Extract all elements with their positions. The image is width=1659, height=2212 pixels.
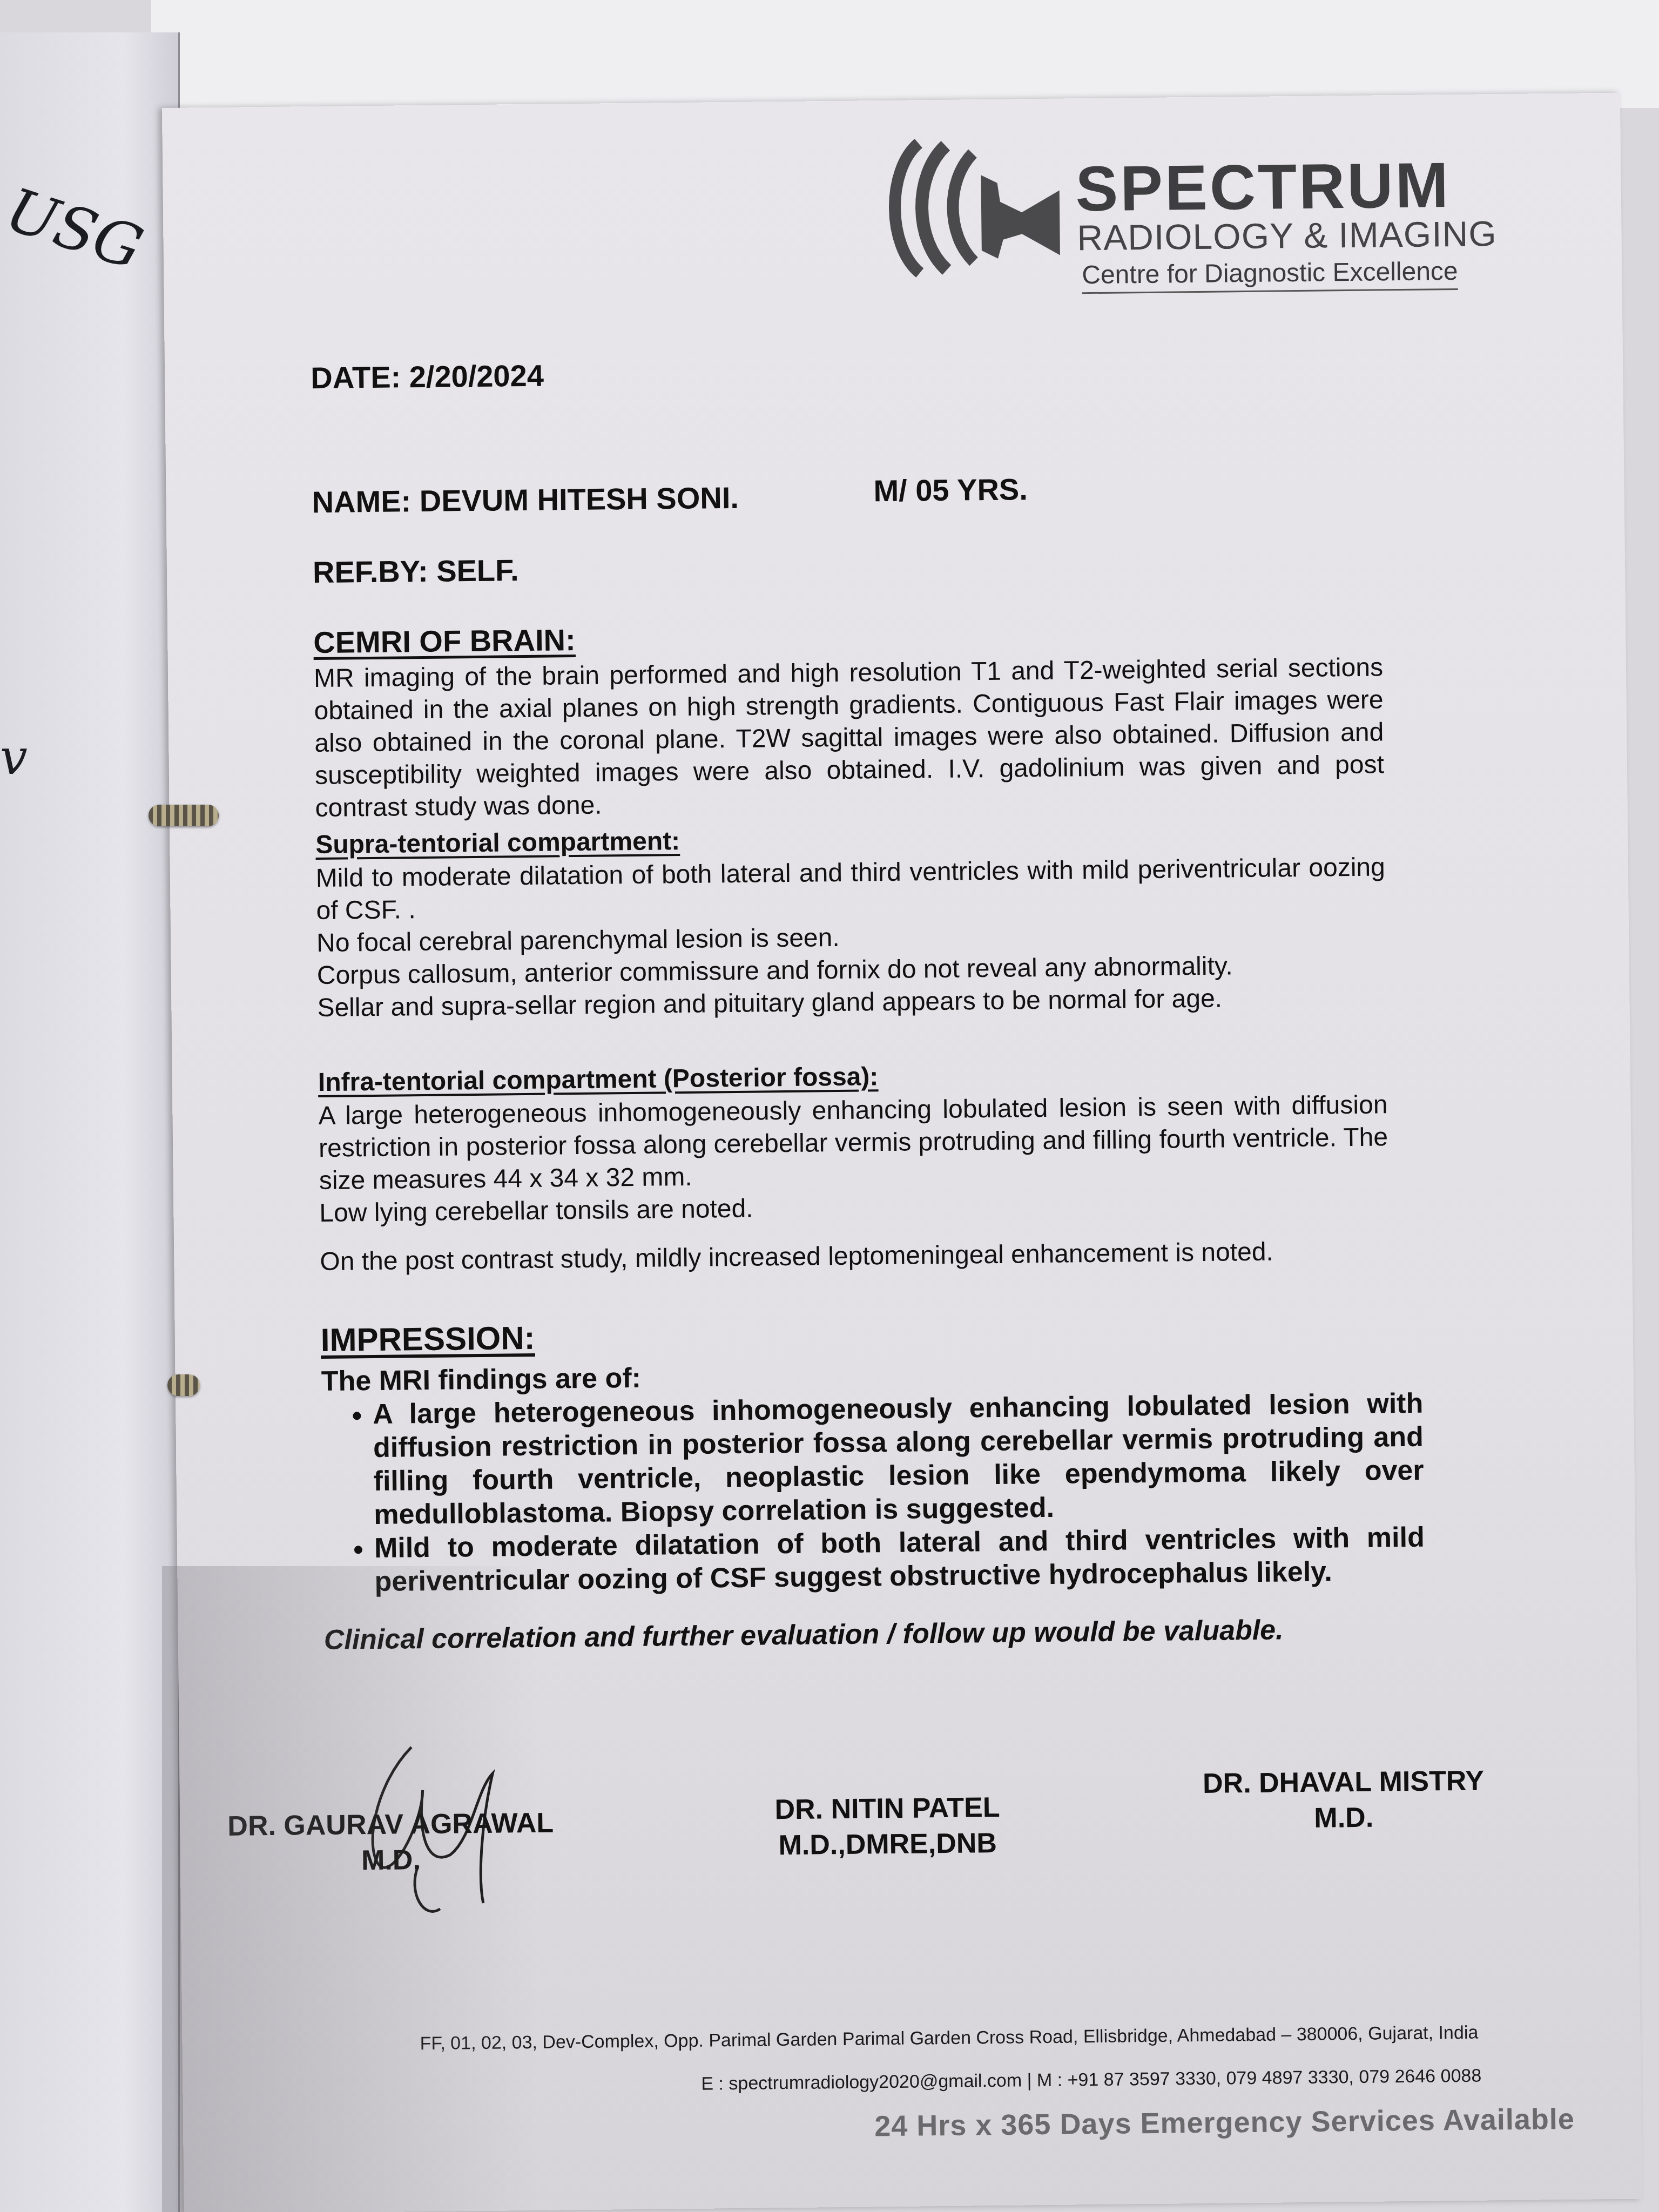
handwritten-note: USG <box>0 175 151 284</box>
impression-item: A large heterogeneous inhomogeneously en… <box>373 1387 1424 1532</box>
footer-address: FF, 01, 02, 03, Dev-Complex, Opp. Parima… <box>420 2022 1478 2055</box>
impression-list: A large heterogeneous inhomogeneously en… <box>321 1387 1425 1599</box>
report-date: DATE: 2/20/2024 <box>311 358 544 396</box>
handwritten-mark: v <box>0 729 28 786</box>
impression-item: Mild to moderate dilatation of both late… <box>374 1521 1425 1599</box>
report-page: SPECTRUM RADIOLOGY & IMAGING Centre for … <box>162 93 1642 2212</box>
doctor-1: DR. GAURAV AGRAWAL M.D. <box>201 1805 580 1880</box>
doctor-name: DR. GAURAV AGRAWAL <box>201 1805 580 1844</box>
footer-emergency: 24 Hrs x 365 Days Emergency Services Ava… <box>874 2102 1575 2143</box>
doctor-2: DR. NITIN PATEL M.D.,DMRE,DNB <box>725 1789 1050 1864</box>
finding-line: Mild to moderate dilatation of both late… <box>316 851 1386 927</box>
previous-page: USG v <box>0 32 180 2212</box>
doctor-name: DR. DHAVAL MISTRY <box>1168 1763 1519 1802</box>
brand-tagline: Centre for Diagnostic Excellence <box>1082 257 1458 294</box>
doctor-degree: M.D.,DMRE,DNB <box>725 1825 1050 1864</box>
supratentorial-findings: Mild to moderate dilatation of both late… <box>316 851 1387 1024</box>
impression-heading: IMPRESSION: <box>321 1319 535 1359</box>
background-top <box>151 0 1659 108</box>
impression-block: The MRI findings are of: A large heterog… <box>321 1353 1425 1599</box>
technique-paragraph: MR imaging of the brain performed and hi… <box>314 651 1385 825</box>
infratentorial-heading: Infra-tentorial compartment (Posterior f… <box>318 1062 879 1097</box>
patient-sex-age: M/ 05 YRS. <box>873 471 1028 508</box>
doctor-3: DR. DHAVAL MISTRY M.D. <box>1168 1763 1519 1838</box>
finding-line: On the post contrast study, mildly incre… <box>320 1235 1390 1278</box>
footer-contact: E : spectrumradiology2020@gmail.com | M … <box>701 2066 1481 2095</box>
referred-by: REF.BY: SELF. <box>313 552 519 590</box>
letterhead-logo: SPECTRUM RADIOLOGY & IMAGING Centre for … <box>881 125 1638 295</box>
doctor-degree: M.D. <box>202 1840 581 1880</box>
brand-subtitle: RADIOLOGY & IMAGING <box>1077 213 1497 258</box>
study-title: CEMRI OF BRAIN: <box>313 622 576 660</box>
patient-name: NAME: DEVUM HITESH SONI. <box>312 480 739 520</box>
binder-ring <box>167 1374 200 1396</box>
infratentorial-findings: A large heterogeneous inhomogeneously en… <box>318 1089 1389 1278</box>
finding-line: A large heterogeneous inhomogeneously en… <box>318 1089 1388 1197</box>
doctor-name: DR. NITIN PATEL <box>725 1789 1050 1828</box>
scanner-rings-with-head-logo-icon <box>881 131 1077 284</box>
supratentorial-heading: Supra-tentorial compartment: <box>315 826 680 860</box>
binder-ring <box>149 805 219 826</box>
closing-note: Clinical correlation and further evaluat… <box>323 1614 1283 1656</box>
doctor-degree: M.D. <box>1168 1798 1520 1838</box>
